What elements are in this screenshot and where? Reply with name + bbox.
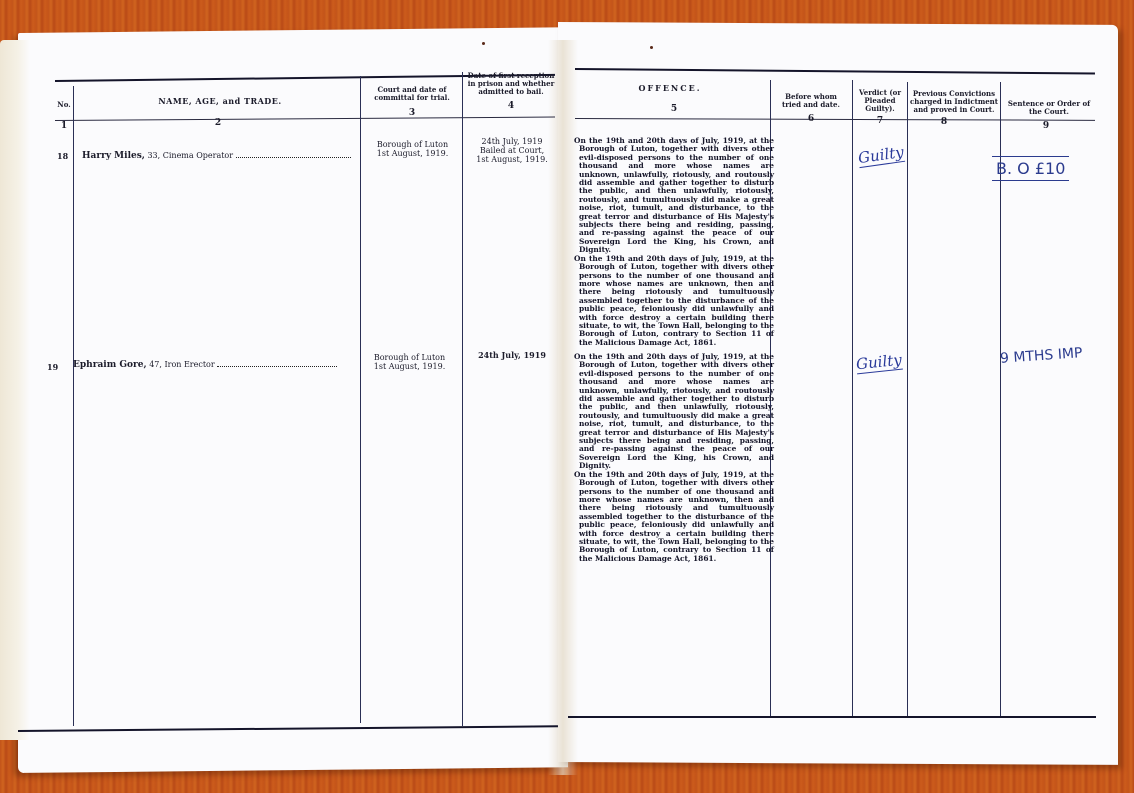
offence-count-1: On the 19th and 20th days of July, 1919,…: [579, 137, 774, 255]
header-no-number: 1: [56, 121, 72, 131]
reception-date: 24th July, 1919: [466, 351, 558, 360]
col-divider-6: [852, 80, 853, 716]
offence-count-2: On the 19th and 20th days of July, 1919,…: [579, 471, 774, 563]
header-reception-number: 4: [501, 101, 521, 111]
court-name: Borough of Luton: [362, 353, 457, 362]
verdict-handwritten: Guilty: [855, 351, 902, 374]
bail-date: 1st August, 1919.: [467, 155, 557, 164]
sentence-handwritten: B. O £10: [992, 156, 1069, 181]
entry-number: 19: [47, 363, 58, 372]
prisoner-name: Harry Miles,: [82, 151, 145, 161]
offence-text: On the 19th and 20th days of July, 1919,…: [574, 137, 774, 347]
entry-name-age-trade: Ephraim Gore, 47, Iron Erector: [73, 360, 358, 370]
header-verdict-number: 7: [870, 116, 890, 126]
col-divider-3: [462, 72, 463, 726]
reception-bail: 24th July, 1919: [466, 351, 558, 360]
col-divider-7: [907, 82, 908, 716]
header-offence: OFFENCE.: [620, 84, 720, 92]
header-previous: Previous Convictions charged in Indictme…: [908, 90, 1000, 114]
leader-dots: [217, 366, 337, 367]
header-sentence-number: 9: [1036, 121, 1056, 131]
reception-bail: 24th July, 1919 Bailed at Court, 1st Aug…: [467, 137, 557, 164]
header-sentence: Sentence or Order of the Court.: [1004, 100, 1094, 116]
age-trade: 33, Cinema Operator: [147, 151, 233, 160]
header-verdict: Verdict (or Pleaded Guilty).: [854, 89, 906, 113]
header-court: Court and date of committal for trial.: [372, 86, 452, 102]
entry-name-age-trade: Harry Miles, 33, Cinema Operator: [82, 151, 357, 161]
header-no: No.: [56, 101, 72, 109]
header-tried: Before whom tried and date.: [775, 93, 847, 109]
court-name: Borough of Luton: [365, 140, 460, 149]
leader-dots: [236, 157, 351, 158]
court-committal: Borough of Luton 1st August, 1919.: [365, 140, 460, 158]
col-divider-2: [360, 76, 361, 723]
prisoner-name: Ephraim Gore,: [73, 360, 147, 370]
paper-speck: [482, 42, 485, 45]
entry-number: 18: [57, 152, 68, 161]
age-trade: 47, Iron Erector: [149, 360, 215, 369]
header-reception: Date of first reception in prison and wh…: [465, 72, 557, 96]
reception-date: 24th July, 1919: [467, 137, 557, 146]
header-court-number: 3: [402, 108, 422, 118]
offence-text: On the 19th and 20th days of July, 1919,…: [574, 353, 774, 563]
committal-date: 1st August, 1919.: [362, 362, 457, 371]
header-name: NAME, AGE, and TRADE.: [120, 97, 320, 105]
offence-count-2: On the 19th and 20th days of July, 1919,…: [579, 255, 774, 347]
col-divider-1: [73, 86, 74, 726]
committal-date: 1st August, 1919.: [365, 149, 460, 158]
header-previous-number: 8: [934, 117, 954, 127]
bail-status: Bailed at Court,: [467, 146, 557, 155]
offence-count-1: On the 19th and 20th days of July, 1919,…: [579, 353, 774, 471]
header-tried-number: 6: [801, 114, 821, 124]
header-offence-number: 5: [664, 104, 684, 114]
header-name-number: 2: [208, 118, 228, 128]
page-stack-edge: [0, 40, 30, 740]
court-committal: Borough of Luton 1st August, 1919.: [362, 353, 457, 371]
paper-speck: [650, 46, 653, 49]
bottom-rule-right: [568, 716, 1096, 718]
